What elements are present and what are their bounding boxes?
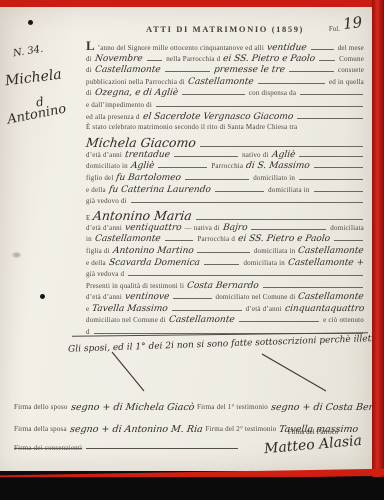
text-line: d’età d’anniventinovedomiciliato nel Com…: [86, 292, 364, 304]
fill-in-rule: [204, 258, 240, 265]
fill-in-rule: [197, 246, 249, 253]
fill-in-rule: [258, 77, 325, 84]
printed-text: domiciliato in: [86, 162, 128, 170]
printed-text: e dall’impedimento di: [86, 101, 152, 109]
text-line: e dellafu Catterina Laurendodomiciliata …: [86, 185, 364, 197]
text-line: e dall’impedimento di: [86, 100, 364, 112]
printed-text: d’età d’anni: [86, 293, 122, 301]
printed-text: domiciliato nel Comune di: [216, 293, 296, 301]
printed-text: nativo di: [242, 151, 269, 159]
fill-in-rule: [299, 150, 363, 157]
text-line: L’anno del Signore mille ottocento cinqu…: [86, 42, 364, 54]
printed-text: domiciliato nel Comune di: [86, 316, 166, 324]
printed-text: domiciliata in: [254, 247, 296, 255]
text-line: figlio delfu Bartolomeodomiciliato in: [86, 173, 364, 185]
handwritten-entry: ventinove: [124, 292, 170, 302]
printed-text: Firma del 1° testimonio: [197, 403, 268, 411]
text-line: Presenti in qualità di testimoni liCosta…: [86, 281, 364, 293]
fill-in-rule: [200, 140, 363, 147]
fill-in-rule: [196, 213, 363, 220]
printed-text: E: [86, 214, 90, 222]
handwritten-entry: ventiquattro: [124, 223, 182, 233]
text-line: È stato celebrato matrimonio secondo il …: [86, 123, 364, 135]
text-line: d’età d’annitrentaduenativo diAgliè: [86, 150, 364, 162]
printed-text: ’anno del Signore mille ottocento cinqua…: [98, 44, 264, 52]
fill-in-rule: [314, 161, 363, 168]
handwritten-entry: Agliè: [271, 150, 296, 160]
red-border-right: [372, 0, 384, 479]
fill-in-rule: [165, 234, 194, 241]
fill-in-rule: [182, 88, 245, 95]
fill-in-rule: [128, 269, 363, 276]
printed-text: figlia di: [86, 247, 110, 255]
printed-text: — nativa di: [185, 224, 220, 232]
printed-text: d’età d’anni: [86, 224, 122, 232]
printed-text: domiciliata: [330, 224, 364, 232]
printed-text: Firma della sposa: [14, 425, 67, 433]
struck-printed-text: Firma dei consenzienti: [14, 444, 82, 452]
handwritten-entry: premesse le tre: [213, 65, 285, 75]
handwritten-entry: Scavarda Domenica: [108, 258, 200, 268]
text-line: eTavella Massimod’età d’annicinquantaqua…: [86, 304, 364, 316]
fill-in-rule: [319, 54, 335, 61]
printed-text: pubblicazioni nella Parrocchia di: [86, 78, 185, 86]
text-line: diCastellamontepremesse le treconsuete: [86, 65, 364, 77]
text-line: diNovembrenella Parrocchia dei SS. Pietr…: [86, 54, 364, 66]
scanned-marriage-record: ATTI DI MATRIMONIO (1859) Fol. 19 N. 34.…: [0, 0, 384, 500]
text-line: d’età d’anniventiquattro— nativa diBajro…: [86, 223, 364, 235]
printed-text: ed alla presenza d: [86, 113, 140, 121]
parish-priest-signature-block: Firma del Parroco Matteo Alasia: [264, 428, 362, 454]
fill-in-rule: [263, 281, 363, 288]
printed-text: di: [86, 55, 92, 63]
printed-text: figlio del: [86, 174, 113, 182]
hole-punch-dot: [28, 20, 33, 25]
printed-text: Parrocchia: [211, 162, 243, 170]
handwritten-entry: Ozegna, e di Agliè: [94, 88, 178, 98]
text-line: diOzegna, e di Agliècon dispensa da: [86, 88, 364, 100]
handwritten-entry: Castellamonte: [187, 77, 254, 87]
fill-in-rule: [334, 234, 363, 241]
handwritten-entry: Castellamonte +: [287, 258, 364, 268]
text-line: e dellaScavarda Domenicadomiciliata inCa…: [86, 258, 364, 270]
fill-in-rule: [147, 54, 163, 61]
text-line: Firma dello spososegno + di Michela Giac…: [14, 396, 366, 418]
handwritten-entry: fu Bartolomeo: [116, 173, 182, 183]
drop-capital: L: [86, 42, 95, 49]
handwritten-entry: Castellamonte: [94, 234, 161, 244]
printed-text: Firma dello sposo: [14, 403, 68, 411]
red-border-top: [0, 0, 384, 7]
handwritten-entry: ventidue: [266, 43, 307, 53]
fill-in-rule: [165, 65, 210, 72]
handwritten-entry: el Sacerdote Vergnasco Giacomo: [142, 112, 293, 122]
text-line: EAntonino Maria: [86, 208, 364, 223]
text-line: già vedova d: [86, 269, 364, 281]
text-line: Michela Giacomo: [86, 135, 364, 150]
fill-in-rule: [158, 161, 207, 168]
handwritten-entry: di S. Massimo: [246, 161, 311, 171]
printed-text: in: [86, 235, 92, 243]
fill-in-rule: [174, 150, 238, 157]
handwritten-entry: segno + di Costa Bernardo: [270, 402, 384, 413]
printed-text: di: [86, 89, 92, 97]
printed-text: del mese: [338, 44, 364, 52]
scanner-background: [0, 477, 384, 500]
fill-in-rule: [173, 292, 211, 299]
printed-text: già vedovo di: [86, 197, 127, 205]
handwritten-entry: Agliè: [130, 161, 155, 171]
ink-smudge: [12, 252, 21, 258]
printed-text: e: [86, 305, 89, 313]
ink-dot: [40, 294, 45, 299]
text-line: figlia diAntonino Martinodomiciliata inC…: [86, 246, 364, 258]
text-line: Firma dei consenzienti: [14, 440, 239, 456]
text-line: domiciliato nel Comune diCastellamontee …: [86, 315, 364, 327]
fill-in-rule: [131, 196, 363, 203]
handwritten-entry: Costa Bernardo: [187, 281, 260, 291]
fill-in-rule: [314, 185, 363, 192]
printed-text: consuete: [338, 66, 364, 74]
handwritten-entry: Novembre: [94, 54, 143, 64]
handwritten-entry: fu Catterina Laurendo: [108, 185, 211, 195]
text-line: domiciliato inAglièParrocchiadi S. Massi…: [86, 161, 364, 173]
printed-text: e della: [86, 186, 106, 194]
printed-text: Comune: [339, 55, 364, 63]
fill-in-rule: [215, 185, 264, 192]
printed-text: con dispensa da: [249, 89, 296, 97]
document-title: ATTI DI MATRIMONIO (1859): [146, 24, 304, 34]
fill-in-rule: [297, 112, 363, 119]
handwritten-entry: Castellamonte: [298, 292, 365, 302]
printed-text: d’età d’anni: [86, 151, 122, 159]
handwritten-entry: ei SS. Pietro e Paolo: [223, 54, 316, 64]
handwritten-name: Michela Giacomo: [85, 135, 197, 150]
text-line: inCastellamonteParrocchia dei SS. Pietro…: [86, 234, 364, 246]
record-body-text: L’anno del Signore mille ottocento cinqu…: [86, 42, 364, 339]
handwritten-entry: trentadue: [124, 150, 170, 160]
printed-text: d’età d’anni: [246, 305, 282, 313]
folio-number-handwritten: 19: [342, 13, 363, 33]
handwritten-entry: Castellamonte: [94, 65, 161, 75]
handwritten-entry: Tavella Massimo: [92, 304, 169, 314]
printed-text: ed in quella: [329, 78, 364, 86]
text-line: pubblicazioni nella Parrocchia diCastell…: [86, 77, 364, 89]
handwritten-entry: segno + di Michela Giacò: [70, 402, 195, 413]
folio-label: Fol.: [329, 25, 340, 33]
parroco-signature-handwritten: Matteo Alasia: [263, 433, 362, 457]
strike-rule: [86, 448, 238, 449]
printed-text: Presenti in qualità di testimoni li: [86, 282, 184, 290]
handwritten-entry: ei SS. Pietro e Paolo: [237, 234, 330, 244]
fill-in-rule: [185, 173, 249, 180]
handwritten-entry: Bajro: [222, 223, 248, 233]
printed-text: nella Parrocchia d: [166, 55, 220, 63]
fill-in-rule: [289, 65, 334, 72]
fill-in-rule: [239, 315, 320, 322]
text-line: ed alla presenza del Sacerdote Vergnasco…: [86, 112, 364, 124]
printed-text: e ciò ottenuto: [323, 316, 364, 324]
fill-in-rule: [156, 100, 363, 107]
printed-text: già vedova d: [86, 270, 124, 278]
printed-text: domiciliato in: [253, 174, 295, 182]
printed-text: Parrocchia d: [197, 235, 235, 243]
fill-in-rule: [299, 173, 363, 180]
handwritten-entry: Antonino Martino: [112, 246, 194, 256]
fill-in-rule: [300, 88, 363, 95]
text-line: già vedovo di: [86, 196, 364, 208]
printed-text: di: [86, 66, 92, 74]
printed-text: domiciliata in: [268, 186, 310, 194]
fill-in-rule: [311, 43, 334, 50]
handwritten-entry: segno + di Antonino M. Ria: [69, 424, 203, 435]
handwritten-entry: cinquantaquattro: [284, 304, 365, 314]
fill-in-rule: [251, 223, 326, 230]
printed-text: e della: [86, 259, 106, 267]
printed-text: È stato celebrato matrimonio secondo il …: [86, 123, 297, 131]
fill-in-rule: [172, 304, 242, 311]
printed-text: domiciliata in: [243, 259, 285, 267]
handwritten-entry: Castellamonte: [168, 315, 235, 325]
handwritten-name: Antonino Maria: [93, 208, 194, 223]
handwritten-entry: Castellamonte: [298, 246, 365, 256]
